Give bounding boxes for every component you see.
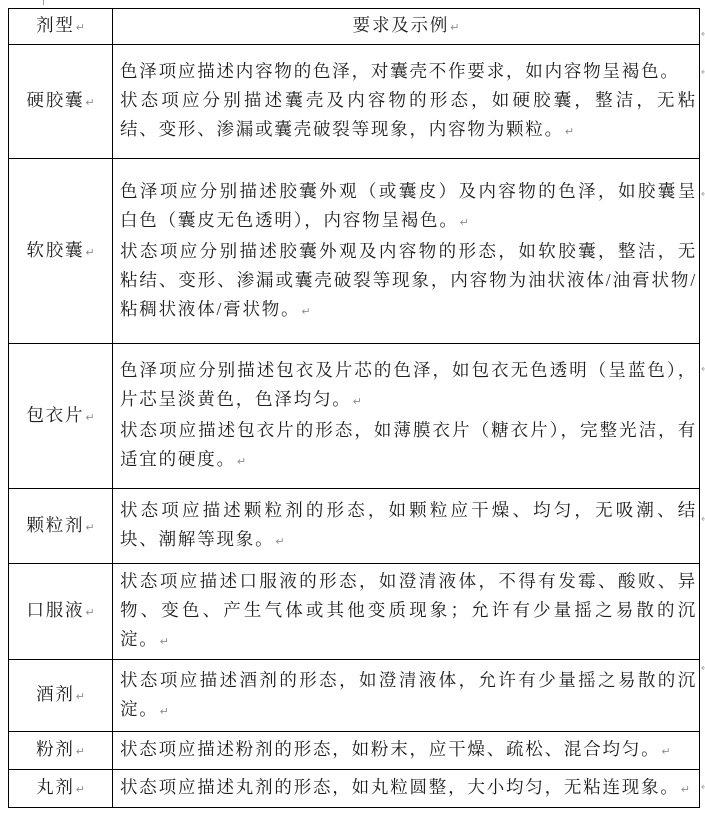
dosage-form-cell: 酒剂↵	[9, 660, 113, 732]
paragraph-mark-icon: ↵	[681, 783, 690, 796]
table-row: 颗粒剂↵状态项应描述颗粒剂的形态，如颗粒应干燥、均匀，无吸潮、结块、潮解等现象。…	[9, 489, 700, 564]
requirements-cell: 状态项应描述粉剂的形态，如粉末，应干燥、疏松、混合均匀。↵	[113, 732, 700, 770]
requirement-paragraph: 状态项应描述口服液的形态，如澄清液体，不得有发霉、酸败、异物、变色、产生气体或其…	[120, 567, 697, 656]
paragraph-mark-icon: ↵	[301, 305, 310, 318]
dosage-form-label: 包衣片	[26, 405, 84, 425]
row-end-mark-icon: ↵	[701, 783, 705, 793]
requirements-cell: 状态项应描述颗粒剂的形态，如颗粒应干燥、均匀，无吸潮、结块、潮解等现象。↵	[113, 489, 700, 564]
requirement-paragraph: 状态项应描述酒剂的形态，如澄清液体，允许有少量摇之易散的沉淀。↵	[120, 666, 697, 726]
requirements-cell: 状态项应描述丸剂的形态，如丸粒圆整，大小均匀，无粘连现象。↵	[113, 770, 700, 808]
requirement-paragraph: 色泽项应分别描述胶囊外观（或囊皮）及内容物的色泽，如胶囊呈白色（囊皮无色透明），…	[120, 177, 697, 237]
header-dosage-form-label: 剂型	[36, 15, 75, 35]
paragraph-mark-icon: ↵	[275, 535, 284, 548]
requirement-text: 状态项应描述丸剂的形态，如丸粒圆整，大小均匀，无粘连现象。	[120, 777, 680, 797]
cursor-tick	[43, 0, 44, 5]
table-row: 口服液↵状态项应描述口服液的形态，如澄清液体，不得有发霉、酸败、异物、变色、产生…	[9, 564, 700, 660]
row-end-mark-icon: ↵	[701, 190, 705, 200]
dosage-form-label: 颗粒剂	[26, 515, 84, 535]
requirement-paragraph: 状态项应描述包衣片的形态，如薄膜衣片（糖衣片），完整光洁，有适宜的硬度。↵	[120, 416, 697, 476]
dosage-form-label: 粉剂	[36, 739, 75, 759]
dosage-form-cell: 软胶囊↵	[9, 159, 113, 344]
requirement-text: 状态项应描述粉剂的形态，如粉末，应干燥、疏松、混合均匀。	[120, 739, 660, 759]
requirements-cell: 色泽项应分别描述包衣及片芯的色泽，如包衣无色透明（呈蓝色），片芯呈淡黄色，色泽均…	[113, 344, 700, 489]
requirement-text: 色泽项应分别描述胶囊外观（或囊皮）及内容物的色泽，如胶囊呈白色（囊皮无色透明），…	[120, 181, 697, 230]
dosage-form-label: 硬胶囊	[26, 90, 84, 110]
paragraph-mark-icon: ↵	[85, 521, 94, 534]
table-row: 包衣片↵色泽项应分别描述包衣及片芯的色泽，如包衣无色透明（呈蓝色），片芯呈淡黄色…	[9, 344, 700, 489]
row-end-mark-icon: ↵	[701, 664, 705, 674]
requirement-text: 状态项应分别描述囊壳及内容物的形态，如硬胶囊，整洁，无粘结、变形、渗漏或囊壳破裂…	[120, 90, 697, 139]
table-row: 酒剂↵状态项应描述酒剂的形态，如澄清液体，允许有少量摇之易散的沉淀。↵	[9, 660, 700, 732]
requirements-cell: 状态项应描述口服液的形态，如澄清液体，不得有发霉、酸败、异物、变色、产生气体或其…	[113, 564, 700, 660]
header-requirements-label: 要求及示例	[353, 15, 450, 35]
dosage-form-label: 软胶囊	[26, 240, 84, 260]
paragraph-mark-icon: ↵	[76, 21, 85, 34]
dosage-form-cell: 颗粒剂↵	[9, 489, 113, 564]
dosage-form-label: 酒剂	[36, 684, 75, 704]
table-row: 丸剂↵状态项应描述丸剂的形态，如丸粒圆整，大小均匀，无粘连现象。↵	[9, 770, 700, 808]
row-end-mark-icon: ↵	[701, 30, 705, 40]
paragraph-mark-icon: ↵	[85, 96, 94, 109]
requirement-text: 状态项应分别描述胶囊外观及内容物的形态，如软胶囊，整洁，无粘结、变形、渗漏或囊壳…	[120, 241, 697, 319]
header-cell-dosage-form: 剂型↵	[9, 9, 113, 45]
paragraph-mark-icon: ↵	[160, 635, 169, 648]
paragraph-mark-icon: ↵	[353, 395, 362, 408]
dosage-form-cell: 硬胶囊↵	[9, 45, 113, 159]
paragraph-mark-icon: ↵	[450, 21, 459, 34]
table-row: 粉剂↵状态项应描述粉剂的形态，如粉末，应干燥、疏松、混合均匀。↵	[9, 732, 700, 770]
table-row: 硬胶囊↵色泽项应描述内容物的色泽，对囊壳不作要求，如内容物呈褐色。状态项应分别描…	[9, 45, 700, 159]
paragraph-mark-icon: ↵	[661, 745, 670, 758]
dosage-form-table: 剂型↵ 要求及示例↵ 硬胶囊↵色泽项应描述内容物的色泽，对囊壳不作要求，如内容物…	[8, 8, 700, 808]
row-end-mark-icon: ↵	[701, 68, 705, 78]
requirement-text: 状态项应描述酒剂的形态，如澄清液体，允许有少量摇之易散的沉淀。	[120, 670, 697, 719]
requirement-paragraph: 状态项应描述丸剂的形态，如丸粒圆整，大小均匀，无粘连现象。↵	[120, 773, 697, 804]
dosage-form-cell: 粉剂↵	[9, 732, 113, 770]
dosage-form-cell: 口服液↵	[9, 564, 113, 660]
dosage-form-label: 丸剂	[36, 777, 75, 797]
requirement-paragraph: 状态项应描述粉剂的形态，如粉末，应干燥、疏松、混合均匀。↵	[120, 735, 697, 766]
paragraph-mark-icon: ↵	[160, 705, 169, 718]
paragraph-mark-icon: ↵	[76, 745, 85, 758]
table-row: 软胶囊↵色泽项应分别描述胶囊外观（或囊皮）及内容物的色泽，如胶囊呈白色（囊皮无色…	[9, 159, 700, 344]
dosage-form-cell: 丸剂↵	[9, 770, 113, 808]
header-cell-requirements: 要求及示例↵	[113, 9, 700, 45]
requirement-text: 状态项应描述颗粒剂的形态，如颗粒应干燥、均匀，无吸潮、结块、潮解等现象。	[120, 500, 697, 549]
requirements-cell: 色泽项应分别描述胶囊外观（或囊皮）及内容物的色泽，如胶囊呈白色（囊皮无色透明），…	[113, 159, 700, 344]
requirement-text: 色泽项应分别描述包衣及片芯的色泽，如包衣无色透明（呈蓝色），片芯呈淡黄色，色泽均…	[120, 360, 697, 409]
header-row: 剂型↵ 要求及示例↵	[9, 9, 700, 45]
row-end-mark-icon: ↵	[701, 365, 705, 375]
requirement-paragraph: 状态项应分别描述囊壳及内容物的形态，如硬胶囊，整洁，无粘结、变形、渗漏或囊壳破裂…	[120, 86, 697, 146]
paragraph-mark-icon: ↵	[237, 455, 246, 468]
paragraph-mark-icon: ↵	[460, 216, 469, 229]
requirement-text: 状态项应描述包衣片的形态，如薄膜衣片（糖衣片），完整光洁，有适宜的硬度。	[120, 420, 697, 469]
paragraph-mark-icon: ↵	[85, 606, 94, 619]
dosage-form-label: 口服液	[26, 600, 84, 620]
requirement-paragraph: 状态项应分别描述胶囊外观及内容物的形态，如软胶囊，整洁，无粘结、变形、渗漏或囊壳…	[120, 237, 697, 326]
paragraph-mark-icon: ↵	[85, 246, 94, 259]
requirements-cell: 色泽项应描述内容物的色泽，对囊壳不作要求，如内容物呈褐色。状态项应分别描述囊壳及…	[113, 45, 700, 159]
paragraph-mark-icon: ↵	[565, 125, 574, 138]
dosage-form-cell: 包衣片↵	[9, 344, 113, 489]
requirement-paragraph: 色泽项应分别描述包衣及片芯的色泽，如包衣无色透明（呈蓝色），片芯呈淡黄色，色泽均…	[120, 356, 697, 416]
paragraph-mark-icon: ↵	[85, 411, 94, 424]
document-page: 剂型↵ 要求及示例↵ 硬胶囊↵色泽项应描述内容物的色泽，对囊壳不作要求，如内容物…	[0, 0, 705, 813]
requirement-text: 色泽项应描述内容物的色泽，对囊壳不作要求，如内容物呈褐色。	[120, 61, 680, 81]
requirement-paragraph: 色泽项应描述内容物的色泽，对囊壳不作要求，如内容物呈褐色。	[120, 57, 697, 86]
paragraph-mark-icon: ↵	[76, 783, 85, 796]
requirement-text: 状态项应描述口服液的形态，如澄清液体，不得有发霉、酸败、异物、变色、产生气体或其…	[120, 571, 697, 649]
paragraph-mark-icon: ↵	[76, 690, 85, 703]
requirement-paragraph: 状态项应描述颗粒剂的形态，如颗粒应干燥、均匀，无吸潮、结块、潮解等现象。↵	[120, 496, 697, 556]
row-end-mark-icon: ↵	[701, 515, 705, 525]
requirements-cell: 状态项应描述酒剂的形态，如澄清液体，允许有少量摇之易散的沉淀。↵	[113, 660, 700, 732]
